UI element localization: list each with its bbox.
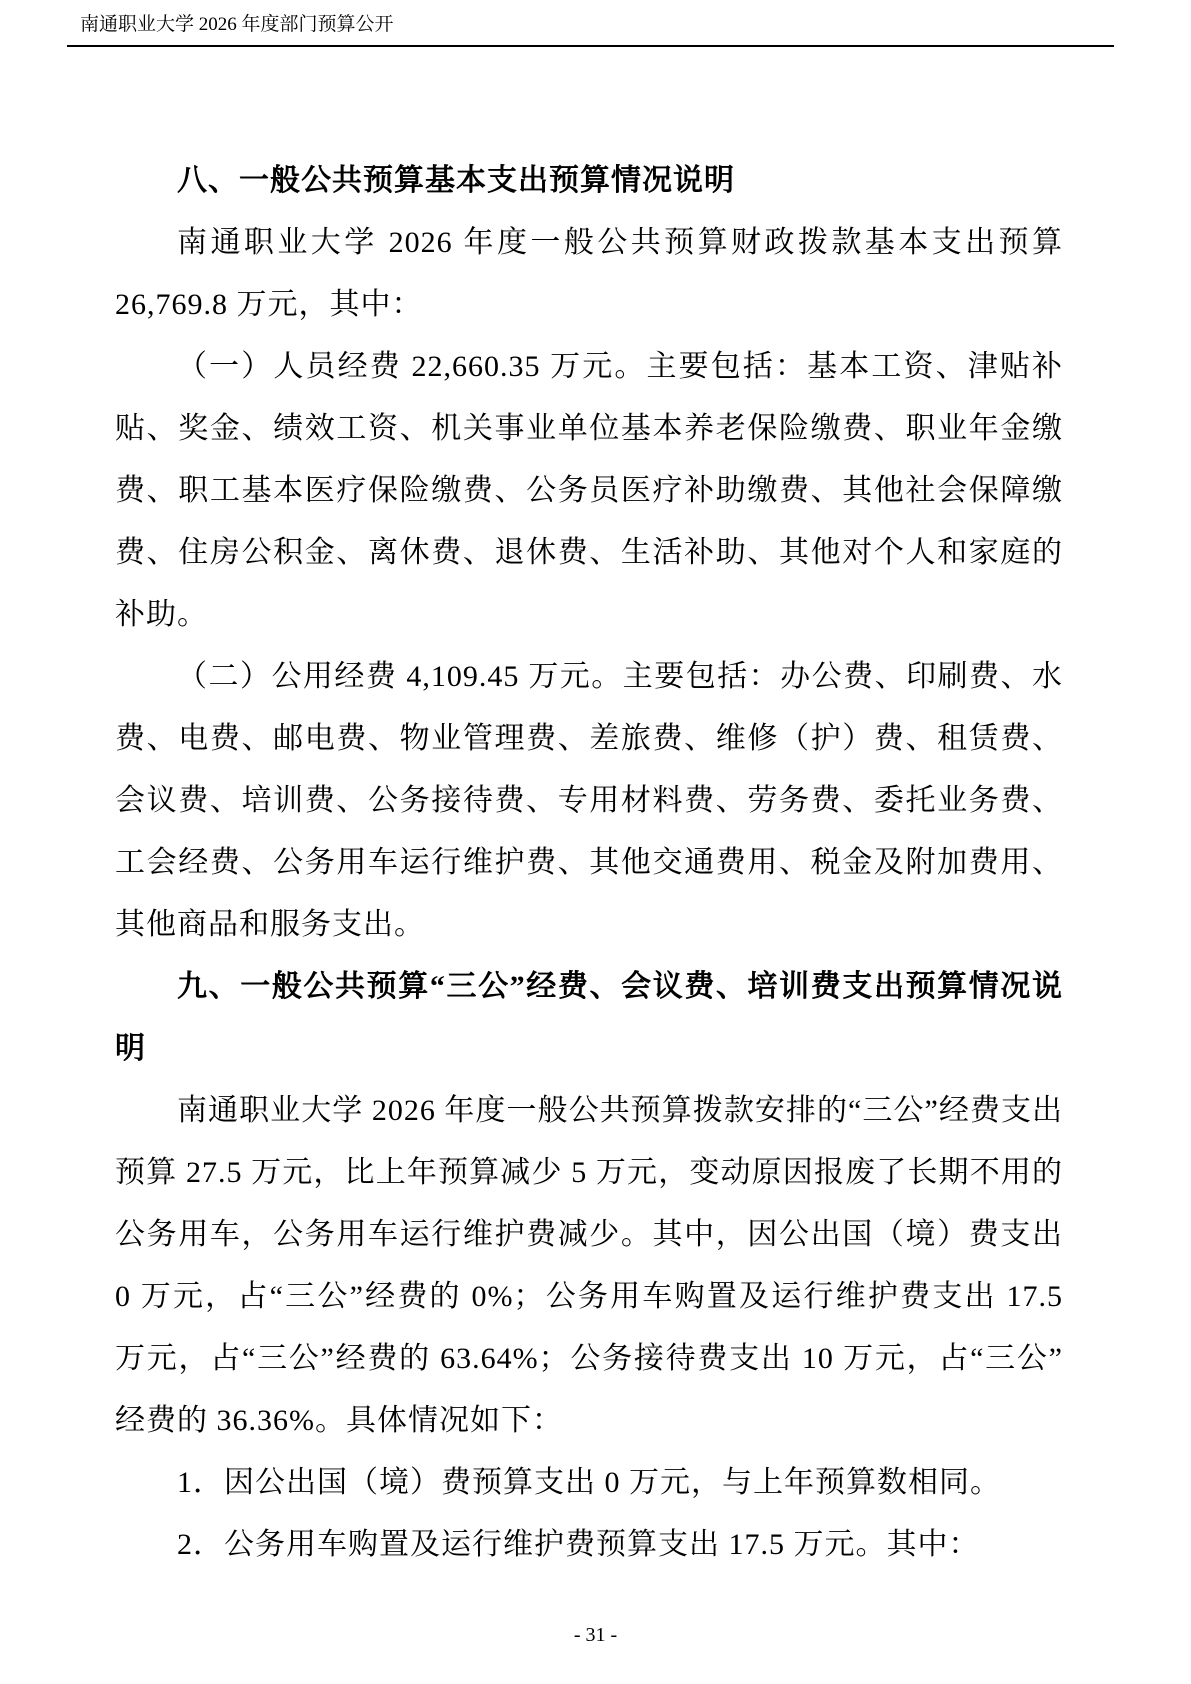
section-heading-three-public-funds: 九、一般公共预算“三公”经费、会议费、培训费支出预算情况说明 xyxy=(115,956,1063,1080)
header-divider xyxy=(67,45,1114,47)
page-number: - 31 - xyxy=(574,1624,617,1646)
paragraph-overseas-travel: 1．因公出国（境）费预算支出 0 万元，与上年预算数相同。 xyxy=(115,1452,1063,1514)
document-body: 八、一般公共预算基本支出预算情况说明 南通职业大学 2026 年度一般公共预算财… xyxy=(115,150,1063,1576)
header-title: 南通职业大学 2026 年度部门预算公开 xyxy=(80,14,394,35)
paragraph-basic-expenditure-total: 南通职业大学 2026 年度一般公共预算财政拨款基本支出预算 26,769.8 … xyxy=(115,212,1063,336)
document-page: 南通职业大学 2026 年度部门预算公开 八、一般公共预算基本支出预算情况说明 … xyxy=(0,0,1191,1684)
paragraph-personnel-expenses: （一）人员经费 22,660.35 万元。主要包括：基本工资、津贴补贴、奖金、绩… xyxy=(115,336,1063,646)
paragraph-official-vehicles: 2．公务用车购置及运行维护费预算支出 17.5 万元。其中： xyxy=(115,1514,1063,1576)
page-header: 南通职业大学 2026 年度部门预算公开 xyxy=(80,13,394,37)
paragraph-three-public-overview: 南通职业大学 2026 年度一般公共预算拨款安排的“三公”经费支出预算 27.5… xyxy=(115,1080,1063,1452)
page-footer: - 31 - xyxy=(0,1622,1191,1648)
paragraph-public-expenses: （二）公用经费 4,109.45 万元。主要包括：办公费、印刷费、水费、电费、邮… xyxy=(115,646,1063,956)
section-heading-basic-expenditure: 八、一般公共预算基本支出预算情况说明 xyxy=(115,150,1063,212)
